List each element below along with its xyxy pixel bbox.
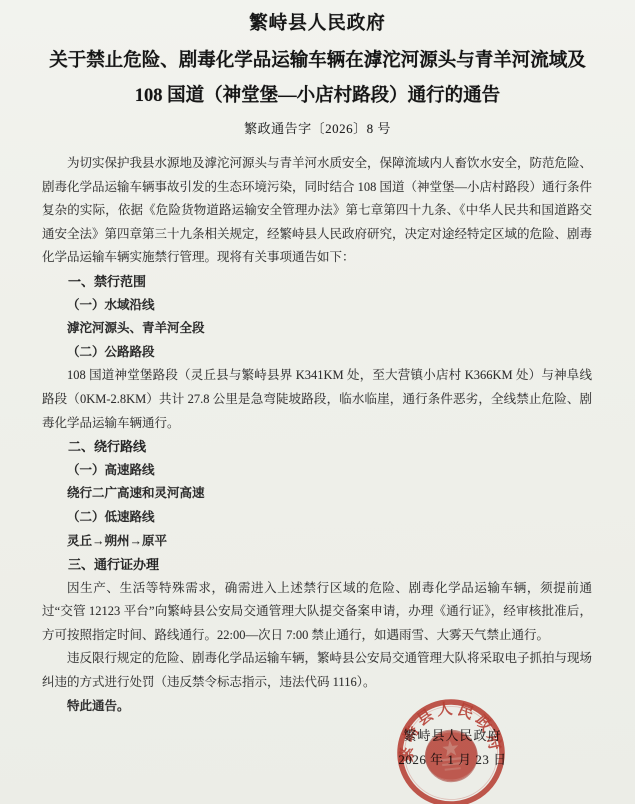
section-1-item-1-text: 滹沱河源头、青羊河全段 bbox=[42, 317, 592, 341]
intro-paragraph: 为切实保护我县水源地及滹沱河源头与青羊河水质安全，保障流域内人畜饮水安全，防范危… bbox=[42, 152, 592, 270]
section-2-item-2-text: 灵丘→朔州→原平 bbox=[42, 530, 592, 554]
seal-graphic: 繁峙县人民政府 bbox=[394, 696, 508, 804]
section-1-heading: 一、禁行范围 bbox=[42, 270, 592, 294]
notice-title: 关于禁止危险、剧毒化学品运输车辆在滹沱河源头与青羊河流域及 108 国道（神堂堡… bbox=[0, 44, 635, 114]
section-1-item-2-label: （二）公路路段 bbox=[42, 341, 592, 365]
document-body: 为切实保护我县水源地及滹沱河源头与青羊河水质安全，保障流域内人畜饮水安全，防范危… bbox=[0, 152, 635, 718]
section-2-heading: 二、绕行路线 bbox=[42, 435, 592, 459]
issuing-authority-title: 繁峙县人民政府 bbox=[0, 10, 635, 38]
notice-document: 繁峙县人民政府 关于禁止危险、剧毒化学品运输车辆在滹沱河源头与青羊河流域及 10… bbox=[0, 0, 635, 804]
section-3-paragraph-1: 因生产、生活等特殊需求，确需进入上述禁行区域的危险、剧毒化学品运输车辆，须提前通… bbox=[42, 577, 592, 648]
section-1-item-2-text: 108 国道神堂堡路段（灵丘县与繁峙县界 K341KM 处，至大营镇小店村 K3… bbox=[42, 364, 592, 435]
seal-rotated-group: 繁峙县人民政府 bbox=[394, 696, 508, 804]
section-3-paragraph-2: 违反限行规定的危险、剧毒化学品运输车辆，繁峙县公安局交通管理大队将采取电子抓拍与… bbox=[42, 647, 592, 694]
section-2-item-1-label: （一）高速路线 bbox=[42, 459, 592, 483]
section-2-item-1-text: 绕行二广高速和灵河高速 bbox=[42, 482, 592, 506]
document-header: 繁峙县人民政府 关于禁止危险、剧毒化学品运输车辆在滹沱河源头与青羊河流域及 10… bbox=[0, 0, 635, 138]
seal-emblem bbox=[422, 728, 480, 784]
section-1-item-1-label: （一）水域沿线 bbox=[42, 294, 592, 318]
section-3-heading: 三、通行证办理 bbox=[42, 553, 592, 577]
closing-statement: 特此通告。 bbox=[42, 695, 592, 719]
seal-emblem-halo bbox=[423, 730, 481, 782]
document-number: 繁政通告字〔2026〕8 号 bbox=[0, 120, 635, 138]
notice-title-line-2: 108 国道（神堂堡—小店村路段）通行的通告 bbox=[0, 79, 635, 114]
notice-title-line-1: 关于禁止危险、剧毒化学品运输车辆在滹沱河源头与青羊河流域及 bbox=[0, 44, 635, 79]
official-seal-stamp: 繁峙县人民政府 bbox=[394, 696, 508, 804]
section-2-item-2-label: （二）低速路线 bbox=[42, 506, 592, 530]
